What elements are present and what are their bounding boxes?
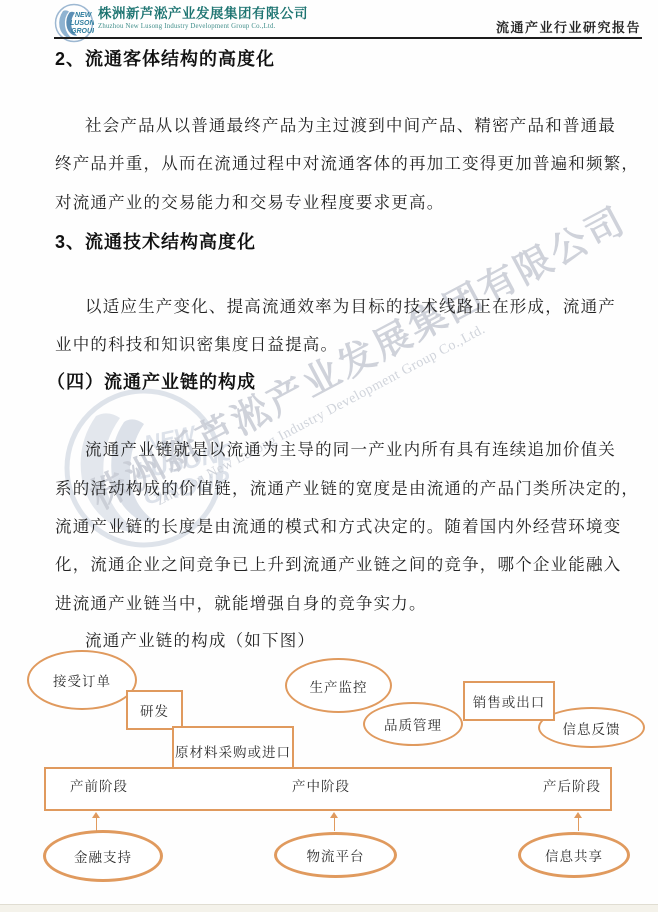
up-arrow-icon <box>92 812 101 831</box>
diagram-node-logistics-platform: 物流平台 <box>274 832 397 878</box>
body-line: 业中的科技和知识密集度日益提高。 <box>55 331 338 355</box>
document-page: NEW LUSONG GROUP 株洲新芦淞产业发展集团有限公司 Zhuzhou… <box>0 0 658 912</box>
diagram-node-finance-support: 金融支持 <box>43 830 163 882</box>
body-line: 流通产业链的长度是由流通的模式和方式决定的。随着国内外经营环境变 <box>55 513 621 537</box>
section-heading-2: 2、流通客体结构的高度化 <box>55 45 275 71</box>
up-arrow-icon <box>574 812 583 831</box>
company-name-block: 株洲新芦淞产业发展集团有限公司 Zhuzhou New Lusong Indus… <box>98 7 308 30</box>
stage-label-post: 产后阶段 <box>543 775 601 795</box>
diagram-node-info-sharing: 信息共享 <box>518 832 630 878</box>
logo-word-new: NEW <box>75 12 93 19</box>
diagram-caption: 流通产业链的构成（如下图） <box>85 627 315 651</box>
diagram-node-rnd: 研发 <box>126 690 183 730</box>
header-rule <box>54 37 642 39</box>
body-line: 以适应生产变化、提高流通效率为目标的技术线路正在形成，流通产 <box>85 293 616 317</box>
diagram-node-production-monitor: 生产监控 <box>285 658 392 713</box>
stage-label-pre: 产前阶段 <box>70 775 128 795</box>
up-arrow-icon <box>330 812 339 831</box>
body-line: 系的活动构成的价值链，流通产业链的宽度是由流通的产品门类所决定的， <box>55 475 639 499</box>
stage-label-mid: 产中阶段 <box>292 775 350 795</box>
section-heading-4: （四）流通产业链的构成 <box>47 368 256 394</box>
report-title: 流通产业行业研究报告 <box>496 17 641 36</box>
body-line: 进流通产业链当中，就能增强自身的竞争实力。 <box>55 590 427 614</box>
company-name-en: Zhuzhou New Lusong Industry Development … <box>98 23 308 30</box>
company-name-cn: 株洲新芦淞产业发展集团有限公司 <box>98 7 308 21</box>
logo-word-group: GROUP <box>71 28 94 35</box>
diagram-node-accept-order: 接受订单 <box>27 650 137 710</box>
body-line: 社会产品从以普通最终产品为主过渡到中间产品、精密产品和普通最 <box>85 112 616 136</box>
section-heading-3: 3、流通技术结构高度化 <box>55 228 256 254</box>
diagram-node-sales-export: 销售或出口 <box>463 681 555 721</box>
body-line: 对流通产业的交易能力和交易专业程度要求更高。 <box>55 189 444 213</box>
body-line: 化，流通企业之间竞争已上升到流通产业链之间的竞争，哪个企业能融入 <box>55 551 621 575</box>
page-bottom-strip <box>0 904 658 912</box>
body-line: 流通产业链就是以流通为主导的同一产业内所有具有连续追加价值关 <box>85 436 616 460</box>
diagram-node-quality-mgmt: 品质管理 <box>363 702 463 746</box>
body-line: 终产品并重，从而在流通过程中对流通客体的再加工变得更加普遍和频繁， <box>55 150 639 174</box>
logo-word-lusong: LUSONG <box>70 20 94 27</box>
